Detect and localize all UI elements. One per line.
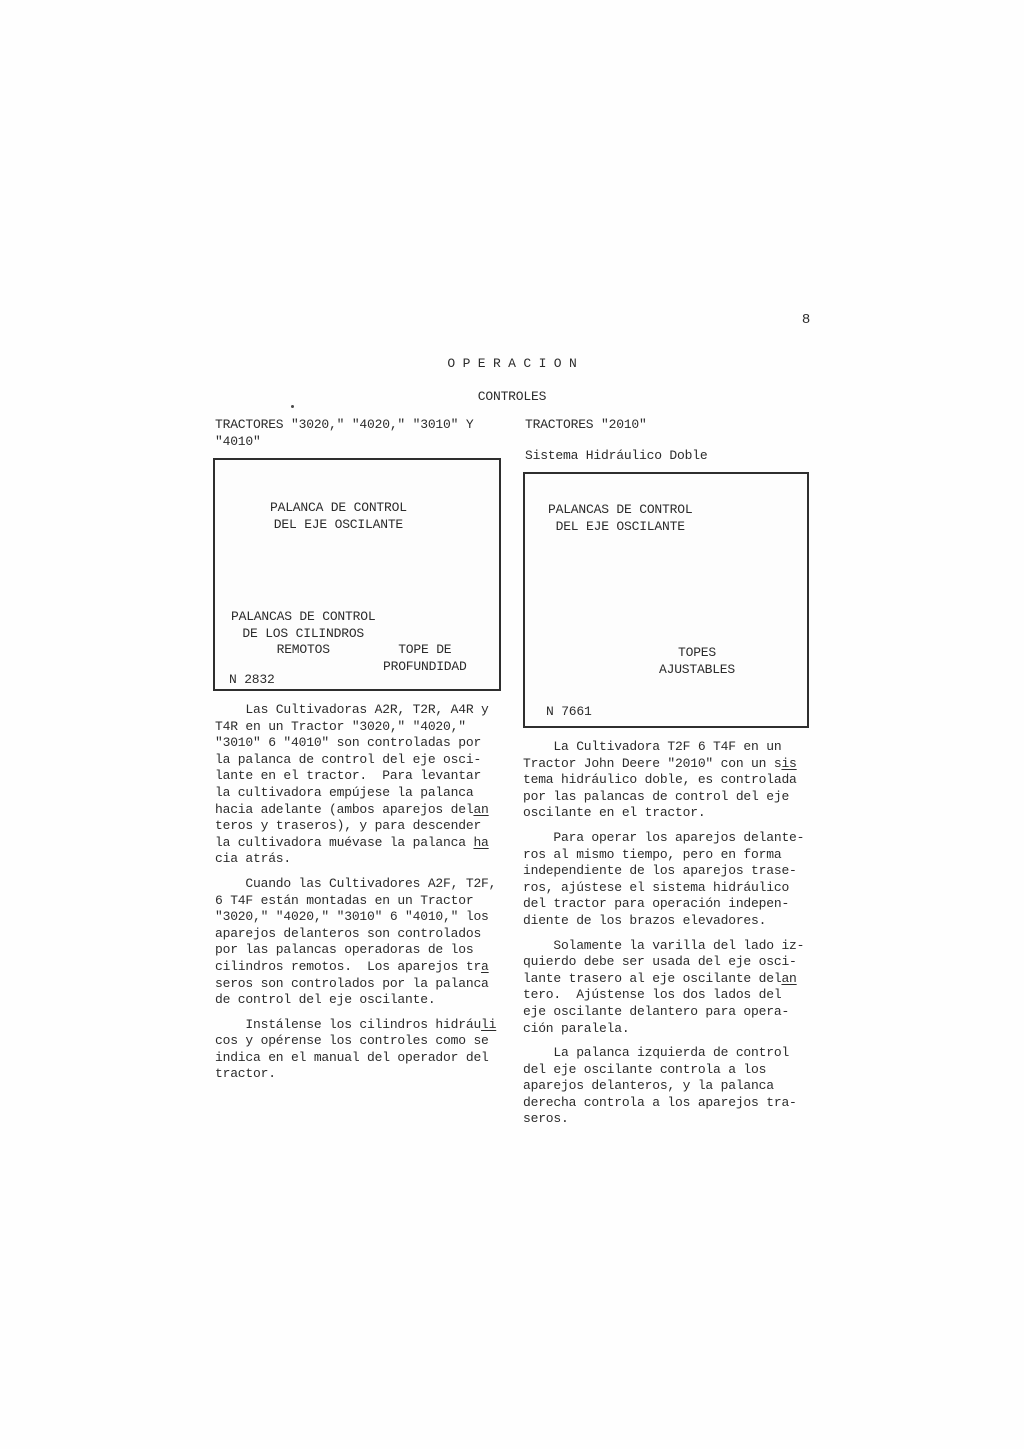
text-line: indica en el manual del operador del <box>215 1050 515 1067</box>
text-line: del eje oscilante controla a los <box>523 1062 829 1079</box>
text-line: por las palancas de control del eje <box>523 789 829 806</box>
underline-continuation: an <box>473 802 488 817</box>
text-line: T4R en un Tractor "3020," "4020," <box>215 719 515 736</box>
text-line: derecha controla a los aparejos tra- <box>523 1095 829 1112</box>
text-line: TOPES <box>659 645 735 662</box>
text-line: seros. <box>523 1111 829 1128</box>
right-figure-box: PALANCAS DE CONTROLDEL EJE OSCILANTE TOP… <box>523 472 809 728</box>
text-line: DEL EJE OSCILANTE <box>270 517 407 534</box>
text-line: la cultivadora muévase la palanca ha <box>215 835 515 852</box>
text-line: independiente de los aparejos trase- <box>523 863 829 880</box>
document-page: 8 O P E R A C I O N CONTROLES TRACTORES … <box>0 0 1024 1449</box>
text-line: Cuando las Cultivadores A2F, T2F, <box>215 876 515 893</box>
text-line: aparejos delanteros, y la palanca <box>523 1078 829 1095</box>
text-line: Solamente la varilla del lado iz- <box>523 938 829 955</box>
underline-continuation: li <box>481 1017 496 1032</box>
text-line: cilindros remotos. Los aparejos tra <box>215 959 515 976</box>
text-line: diente de los brazos elevadores. <box>523 913 829 930</box>
text-line: la palanca de control del eje osci- <box>215 752 515 769</box>
left-figure-caption-bottom-right: TOPE DEPROFUNDIDAD <box>383 642 467 675</box>
underline-continuation: a <box>481 959 489 974</box>
text-line: ros al mismo tiempo, pero en forma <box>523 847 829 864</box>
text-line: 6 T4F están montadas en un Tractor <box>215 893 515 910</box>
right-figure-caption-bottom-right: TOPESAJUSTABLES <box>659 645 735 678</box>
right-figure-number: N 7661 <box>546 704 592 719</box>
paragraph: Las Cultivadoras A2R, T2R, A4R yT4R en u… <box>215 702 515 868</box>
page-number: 8 <box>798 312 814 328</box>
text-line: PALANCAS DE CONTROL <box>548 502 692 519</box>
text-line: Tractor John Deere "2010" con un sis <box>523 756 829 773</box>
text-line: ros, ajústese el sistema hidráulico <box>523 880 829 897</box>
text-line: TRACTORES "3020," "4020," "3010" Y <box>215 417 473 434</box>
right-column-subheading: Sistema Hidráulico Doble <box>525 448 707 463</box>
text-line: DEL EJE OSCILANTE <box>548 519 692 536</box>
underline-continuation: an <box>781 971 796 986</box>
text-line: cia atrás. <box>215 851 515 868</box>
text-line: la cultivadora empújese la palanca <box>215 785 515 802</box>
left-figure-caption-top: PALANCA DE CONTROLDEL EJE OSCILANTE <box>270 500 407 533</box>
left-figure-caption-bottom-left: PALANCAS DE CONTROLDE LOS CILINDROSREMOT… <box>231 609 375 659</box>
text-line: teros y traseros), y para descender <box>215 818 515 835</box>
paragraph: Para operar los aparejos delante-ros al … <box>523 830 829 930</box>
text-line: tractor. <box>215 1066 515 1083</box>
right-column-heading: TRACTORES "2010" <box>525 417 647 432</box>
text-line: REMOTOS <box>231 642 375 659</box>
text-line: tema hidráulico doble, es controlada <box>523 772 829 789</box>
text-line: La Cultivadora T2F 6 T4F en un <box>523 739 829 756</box>
text-line: TOPE DE <box>383 642 467 659</box>
text-line: tero. Ajústense los dos lados del <box>523 987 829 1004</box>
text-line: Instálense los cilindros hidráuli <box>215 1017 515 1034</box>
paragraph: Instálense los cilindros hidráulicos y o… <box>215 1017 515 1083</box>
right-figure-caption-top: PALANCAS DE CONTROLDEL EJE OSCILANTE <box>548 502 692 535</box>
paragraph: La Cultivadora T2F 6 T4F en unTractor Jo… <box>523 739 829 822</box>
text-line: lante trasero al eje oscilante delan <box>523 971 829 988</box>
text-line: PALANCA DE CONTROL <box>270 500 407 517</box>
text-line: PROFUNDIDAD <box>383 659 467 676</box>
right-column-body: La Cultivadora T2F 6 T4F en unTractor Jo… <box>523 739 829 1136</box>
text-line: hacia adelante (ambos aparejos delan <box>215 802 515 819</box>
paragraph: Solamente la varilla del lado iz-quierdo… <box>523 938 829 1038</box>
text-line: cos y opérense los controles como se <box>215 1033 515 1050</box>
left-figure-box: PALANCA DE CONTROLDEL EJE OSCILANTE PALA… <box>213 458 501 691</box>
underline-continuation: ha <box>473 835 488 850</box>
text-line: lante en el tractor. Para levantar <box>215 768 515 785</box>
text-line: PALANCAS DE CONTROL <box>231 609 375 626</box>
text-line: del tractor para operación indepen- <box>523 896 829 913</box>
text-line: de control del eje oscilante. <box>215 992 515 1009</box>
text-line: "3010" 6 "4010" son controladas por <box>215 735 515 752</box>
paragraph: La palanca izquierda de controldel eje o… <box>523 1045 829 1128</box>
text-line: AJUSTABLES <box>659 662 735 679</box>
text-line: eje oscilante delantero para opera- <box>523 1004 829 1021</box>
text-line: oscilante en el tractor. <box>523 805 829 822</box>
text-line: DE LOS CILINDROS <box>231 626 375 643</box>
scan-speck <box>291 405 294 408</box>
left-figure-number: N 2832 <box>229 672 275 687</box>
text-line: por las palancas operadoras de los <box>215 942 515 959</box>
text-line: "3020," "4020," "3010" 6 "4010," los <box>215 909 515 926</box>
text-line: quierdo debe ser usada del eje osci- <box>523 954 829 971</box>
left-column-body: Las Cultivadoras A2R, T2R, A4R yT4R en u… <box>215 702 515 1091</box>
left-column-heading: TRACTORES "3020," "4020," "3010" Y"4010" <box>215 417 473 450</box>
text-line: Para operar los aparejos delante- <box>523 830 829 847</box>
text-line: La palanca izquierda de control <box>523 1045 829 1062</box>
text-line: "4010" <box>215 434 473 451</box>
text-line: ción paralela. <box>523 1021 829 1038</box>
text-line: aparejos delanteros son controlados <box>215 926 515 943</box>
section-subtitle: CONTROLES <box>0 389 1024 404</box>
page-title: O P E R A C I O N <box>0 356 1024 371</box>
text-line: Las Cultivadoras A2R, T2R, A4R y <box>215 702 515 719</box>
paragraph: Cuando las Cultivadores A2F, T2F,6 T4F e… <box>215 876 515 1009</box>
underline-continuation: is <box>781 756 796 771</box>
text-line: seros son controlados por la palanca <box>215 976 515 993</box>
